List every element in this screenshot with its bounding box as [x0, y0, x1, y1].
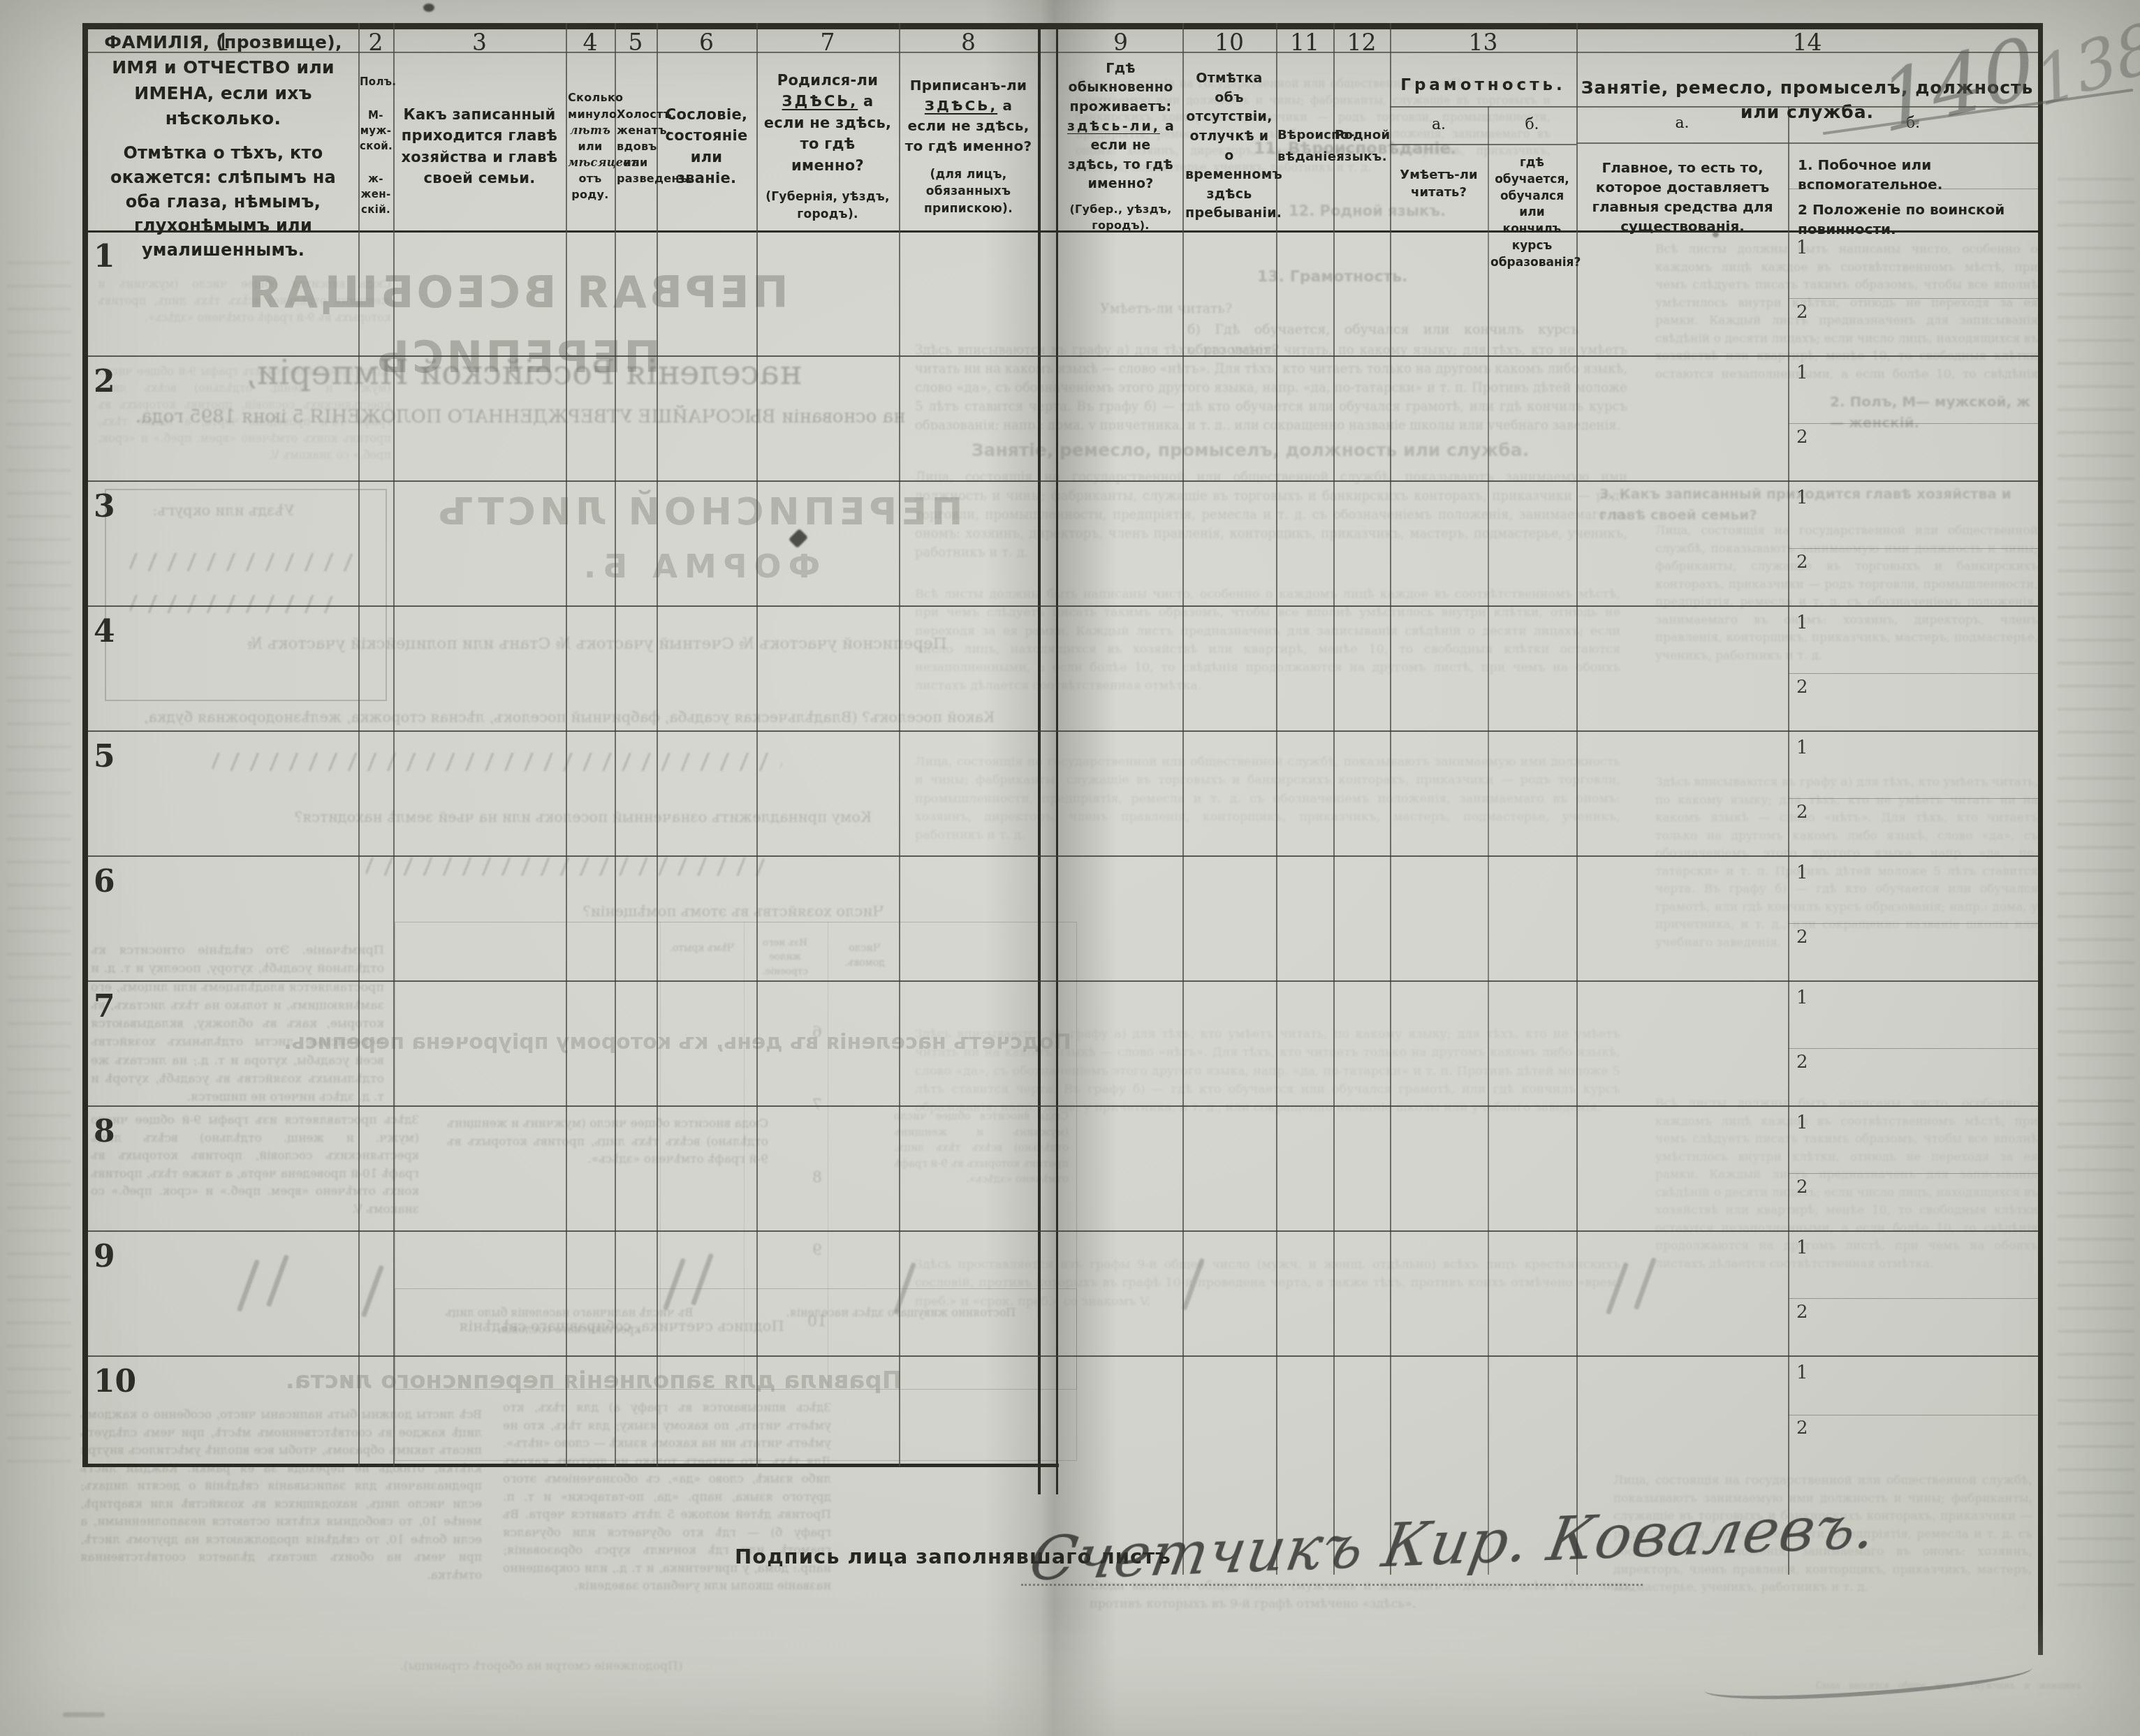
scan-vignette [0, 0, 2140, 1736]
census-sheet-scan: ПЕРВАЯ ВСЕОБЩАЯ ПЕРЕПИСЬ населенія Россі… [0, 0, 2140, 1736]
